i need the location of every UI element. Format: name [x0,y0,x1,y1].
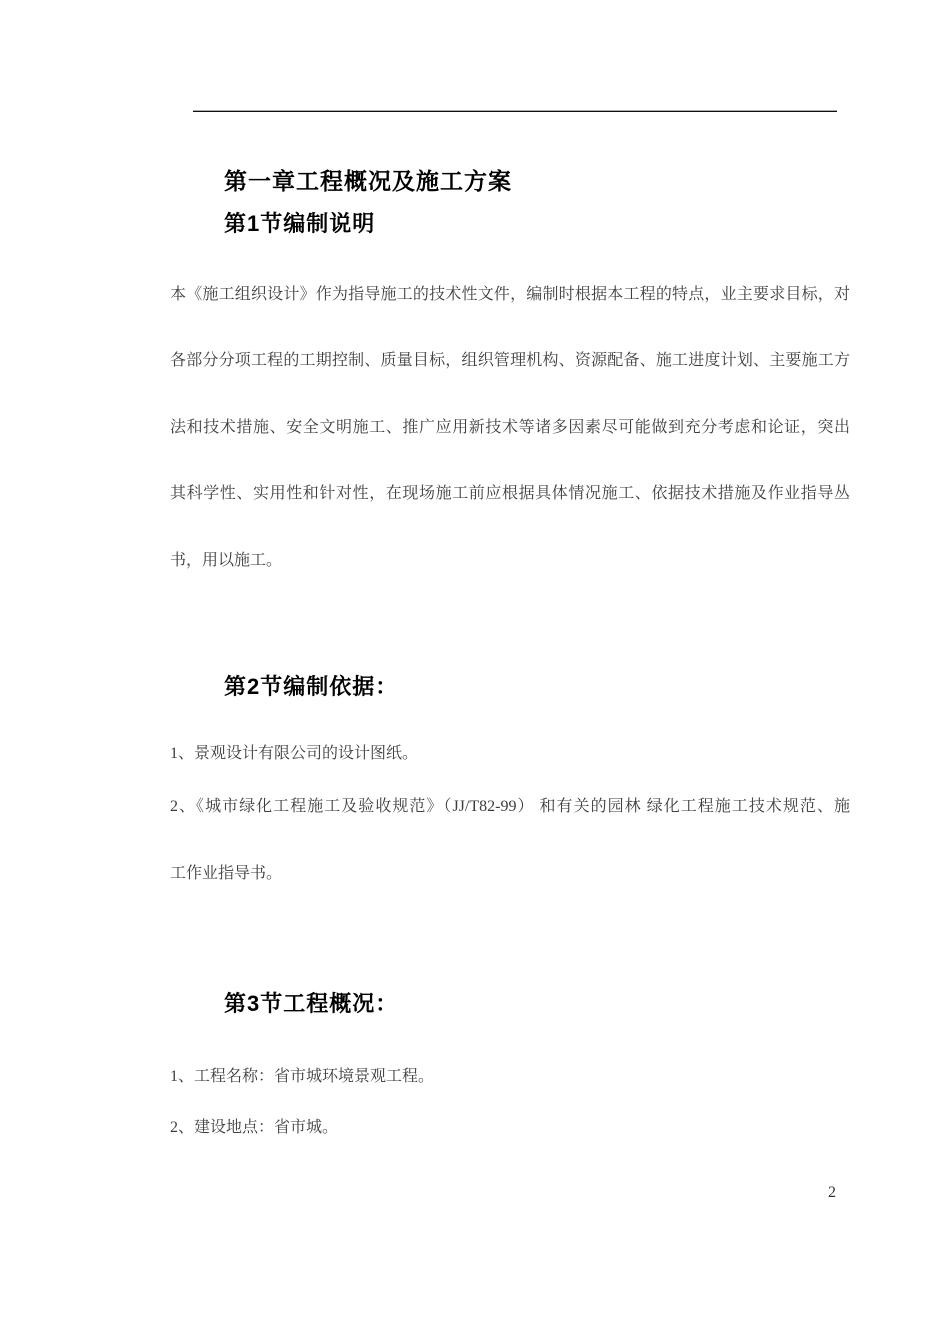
section2-heading: 第2节编制依据： [224,675,398,699]
document-page: 第一章工程概况及施工方案 第1节编制说明 本《施工组织设计》作为指导施工的技术性… [0,0,950,1344]
section3-list-item: 1、工程名称：省市城环境景观工程。 [170,1067,850,1088]
section1-paragraph-line: 书，用以施工。 [170,551,850,572]
header-rule [193,110,837,112]
chapter-heading: 第一章工程概况及施工方案 [224,169,512,194]
section1-heading: 第1节编制说明 [224,212,375,236]
section3-list-item: 2、建设地点：省市城。 [170,1118,850,1139]
section2-list-item-line: 2、《城市绿化工程施工及验收规范》（JJ/T82-99） 和有关的园林 绿化工程… [170,797,850,818]
section1-paragraph-line: 其科学性、实用性和针对性，在现场施工前应根据具体情况施工、依据技术措施及作业指导… [170,484,850,505]
section1-paragraph-line: 各部分分项工程的工期控制、质量目标，组织管理机构、资源配备、施工进度计划、主要施… [170,351,850,372]
section1-paragraph-line: 本《施工组织设计》作为指导施工的技术性文件，编制时根据本工程的特点，业主要求目标… [170,285,850,306]
section2-list-item: 1、景观设计有限公司的设计图纸。 [170,744,850,765]
section3-heading: 第3节工程概况： [224,992,398,1016]
section1-paragraph-line: 法和技术措施、安全文明施工、推广应用新技术等诸多因素尽可能做到充分考虑和论证，突… [170,418,850,439]
page-number: 2 [828,1184,836,1202]
section2-list-item-line: 工作业指导书。 [170,864,850,885]
